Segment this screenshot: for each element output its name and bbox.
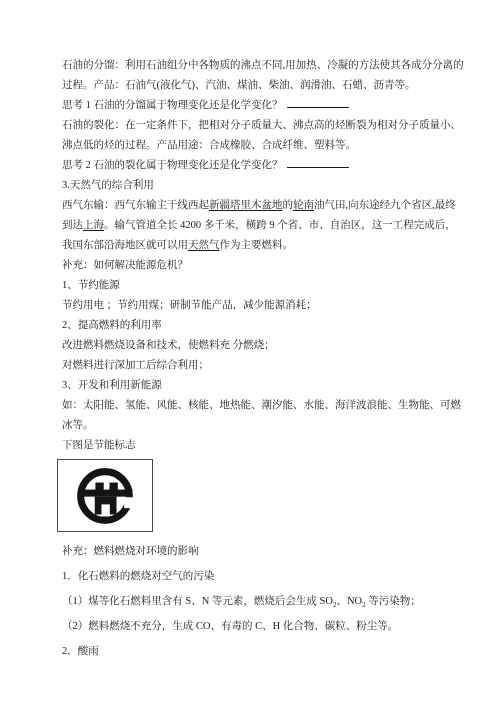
text-segment: 下图是节能标志 xyxy=(62,440,136,451)
text-segment: 作为主要燃料。 xyxy=(220,240,294,251)
text-line: 西气东输：西气东输主干线西起新疆塔里木盆地的轮南油气田,向东途经九个省区,最终 xyxy=(62,196,444,216)
text-segment: 西气东输：西气东输主干线西起 xyxy=(62,200,209,211)
text-segment: 我国东部沿海地区就可以用 xyxy=(62,240,188,251)
text-segment: 。输气管道全长 4200 多千米，横跨 9 个省、市、自治区，这一工程完成后， xyxy=(104,220,456,231)
text-segment: 等污染物； xyxy=(366,596,421,607)
text-segment: 石油的分馏：利用石油组分中各物质的沸点不同,用加热、冷凝的方法使其各成分分离的 xyxy=(62,60,464,71)
text-segment: 、NO xyxy=(336,596,362,607)
text-segment: 3、开发和利用新能源 xyxy=(62,380,162,391)
text-line: 改进燃料燃烧设备和技术，使燃料充 分燃烧； xyxy=(62,336,444,356)
text-line: 下图是节能标志 xyxy=(62,436,444,456)
text-segment: 改进燃料燃烧设备和技术，使燃料充 分燃烧； xyxy=(62,340,275,351)
text-line: 如：太阳能、氢能、风能、核能、地热能、潮汐能、水能、海洋波浪能、生物能、可燃 xyxy=(62,396,444,416)
energy-saving-logo-box xyxy=(57,459,153,532)
text-line: 到达上海。输气管道全长 4200 多千米，横跨 9 个省、市、自治区，这一工程完… xyxy=(62,216,444,236)
text-line: 冰等。 xyxy=(62,416,444,436)
energy-saving-logo xyxy=(73,464,137,528)
answer-blank xyxy=(287,96,349,108)
text-segment: （1）煤等化石燃料里含有 S、N 等元素，燃烧后会生成 SO xyxy=(62,596,333,607)
text-line: （1）煤等化石燃料里含有 S、N 等元素，燃烧后会生成 SO2、NO2 等污染物… xyxy=(62,589,444,614)
text-line: 石油的裂化：在一定条件下，把相对分子质量大、沸点高的烃断裂为相对分子质量小、 xyxy=(62,116,444,136)
document-content: 石油的分馏：利用石油组分中各物质的沸点不同,用加热、冷凝的方法使其各成分分离的过… xyxy=(62,56,444,664)
underlined-text: 新疆塔里木盆地 xyxy=(209,200,283,211)
text-segment: 对燃料进行深加工后综合利用； xyxy=(62,360,209,371)
text-line: 1、节约能源 xyxy=(62,276,444,296)
text-segment: 如：太阳能、氢能、风能、核能、地热能、潮汐能、水能、海洋波浪能、生物能、可燃 xyxy=(62,400,461,411)
text-segment: 沸点低的烃的过程。产品用途：合成橡胶、合成纤维、塑料等。 xyxy=(62,140,356,151)
text-block-bottom: 补充：燃料燃烧对环境的影响1．化石燃料的燃烧对空气的污染（1）煤等化石燃料里含有… xyxy=(62,539,444,664)
text-segment: 过程。产品：石油气(液化气)、汽油、煤油、柴油、润滑油、石蜡、沥青等。 xyxy=(62,80,416,91)
text-segment: 1、节约能源 xyxy=(62,280,120,291)
text-line: 补充：燃料燃烧对环境的影响 xyxy=(62,539,444,564)
text-segment: 石油的裂化：在一定条件下，把相对分子质量大、沸点高的烃断裂为相对分子质量小、 xyxy=(62,120,461,131)
text-line: 3.天然气的综合利用 xyxy=(62,176,444,196)
underlined-text: 天然气 xyxy=(188,240,220,251)
text-line: 思考 1 石油的分馏属于物理变化还是化学变化？ xyxy=(62,96,444,116)
text-segment: 1．化石燃料的燃烧对空气的污染 xyxy=(62,571,214,582)
text-segment: 补充：燃料燃烧对环境的影响 xyxy=(62,546,199,557)
text-segment: 节约用电 ；节约用煤；研制节能产品，减少能源消耗； xyxy=(62,300,317,311)
text-segment: 思考 2 石油的裂化属于物理变化还是化学变化？ xyxy=(62,160,283,171)
underlined-text: 轮南 xyxy=(293,200,314,211)
text-line: 节约用电 ；节约用煤；研制节能产品，减少能源消耗； xyxy=(62,296,444,316)
text-line: 我国东部沿海地区就可以用天然气作为主要燃料。 xyxy=(62,236,444,256)
text-segment: 2、提高燃料的利用率 xyxy=(62,320,162,331)
text-line: 3、开发和利用新能源 xyxy=(62,376,444,396)
text-line: （2）燃料燃烧不充分，生成 CO、有毒的 C、H 化合物、碳粒、粉尘等。 xyxy=(62,614,444,639)
text-segment: 补充：如何解决能源危机？ xyxy=(62,260,188,271)
text-segment: 思考 1 石油的分馏属于物理变化还是化学变化？ xyxy=(62,100,283,111)
text-segment: 3.天然气的综合利用 xyxy=(62,180,154,191)
text-segment: 冰等。 xyxy=(62,420,94,431)
document-page: 石油的分馏：利用石油组分中各物质的沸点不同,用加热、冷凝的方法使其各成分分离的过… xyxy=(0,0,500,707)
answer-blank xyxy=(287,156,349,168)
text-line: 沸点低的烃的过程。产品用途：合成橡胶、合成纤维、塑料等。 xyxy=(62,136,444,156)
text-line: 2、提高燃料的利用率 xyxy=(62,316,444,336)
text-line: 1．化石燃料的燃烧对空气的污染 xyxy=(62,564,444,589)
text-block-top: 石油的分馏：利用石油组分中各物质的沸点不同,用加热、冷凝的方法使其各成分分离的过… xyxy=(62,56,444,456)
text-segment: 油气田,向东途经九个省区,最终 xyxy=(314,200,456,211)
text-segment: 2．酸雨 xyxy=(62,646,99,657)
text-segment: 到达 xyxy=(62,220,83,231)
text-line: 2．酸雨 xyxy=(62,639,444,664)
text-line: 石油的分馏：利用石油组分中各物质的沸点不同,用加热、冷凝的方法使其各成分分离的 xyxy=(62,56,444,76)
text-line: 过程。产品：石油气(液化气)、汽油、煤油、柴油、润滑油、石蜡、沥青等。 xyxy=(62,76,444,96)
text-segment: 的 xyxy=(283,200,294,211)
text-line: 对燃料进行深加工后综合利用； xyxy=(62,356,444,376)
text-line: 补充：如何解决能源危机？ xyxy=(62,256,444,276)
text-segment: （2）燃料燃烧不充分，生成 CO、有毒的 C、H 化合物、碳粒、粉尘等。 xyxy=(62,621,398,632)
underlined-text: 上海 xyxy=(83,220,104,231)
text-line: 思考 2 石油的裂化属于物理变化还是化学变化？ xyxy=(62,156,444,176)
